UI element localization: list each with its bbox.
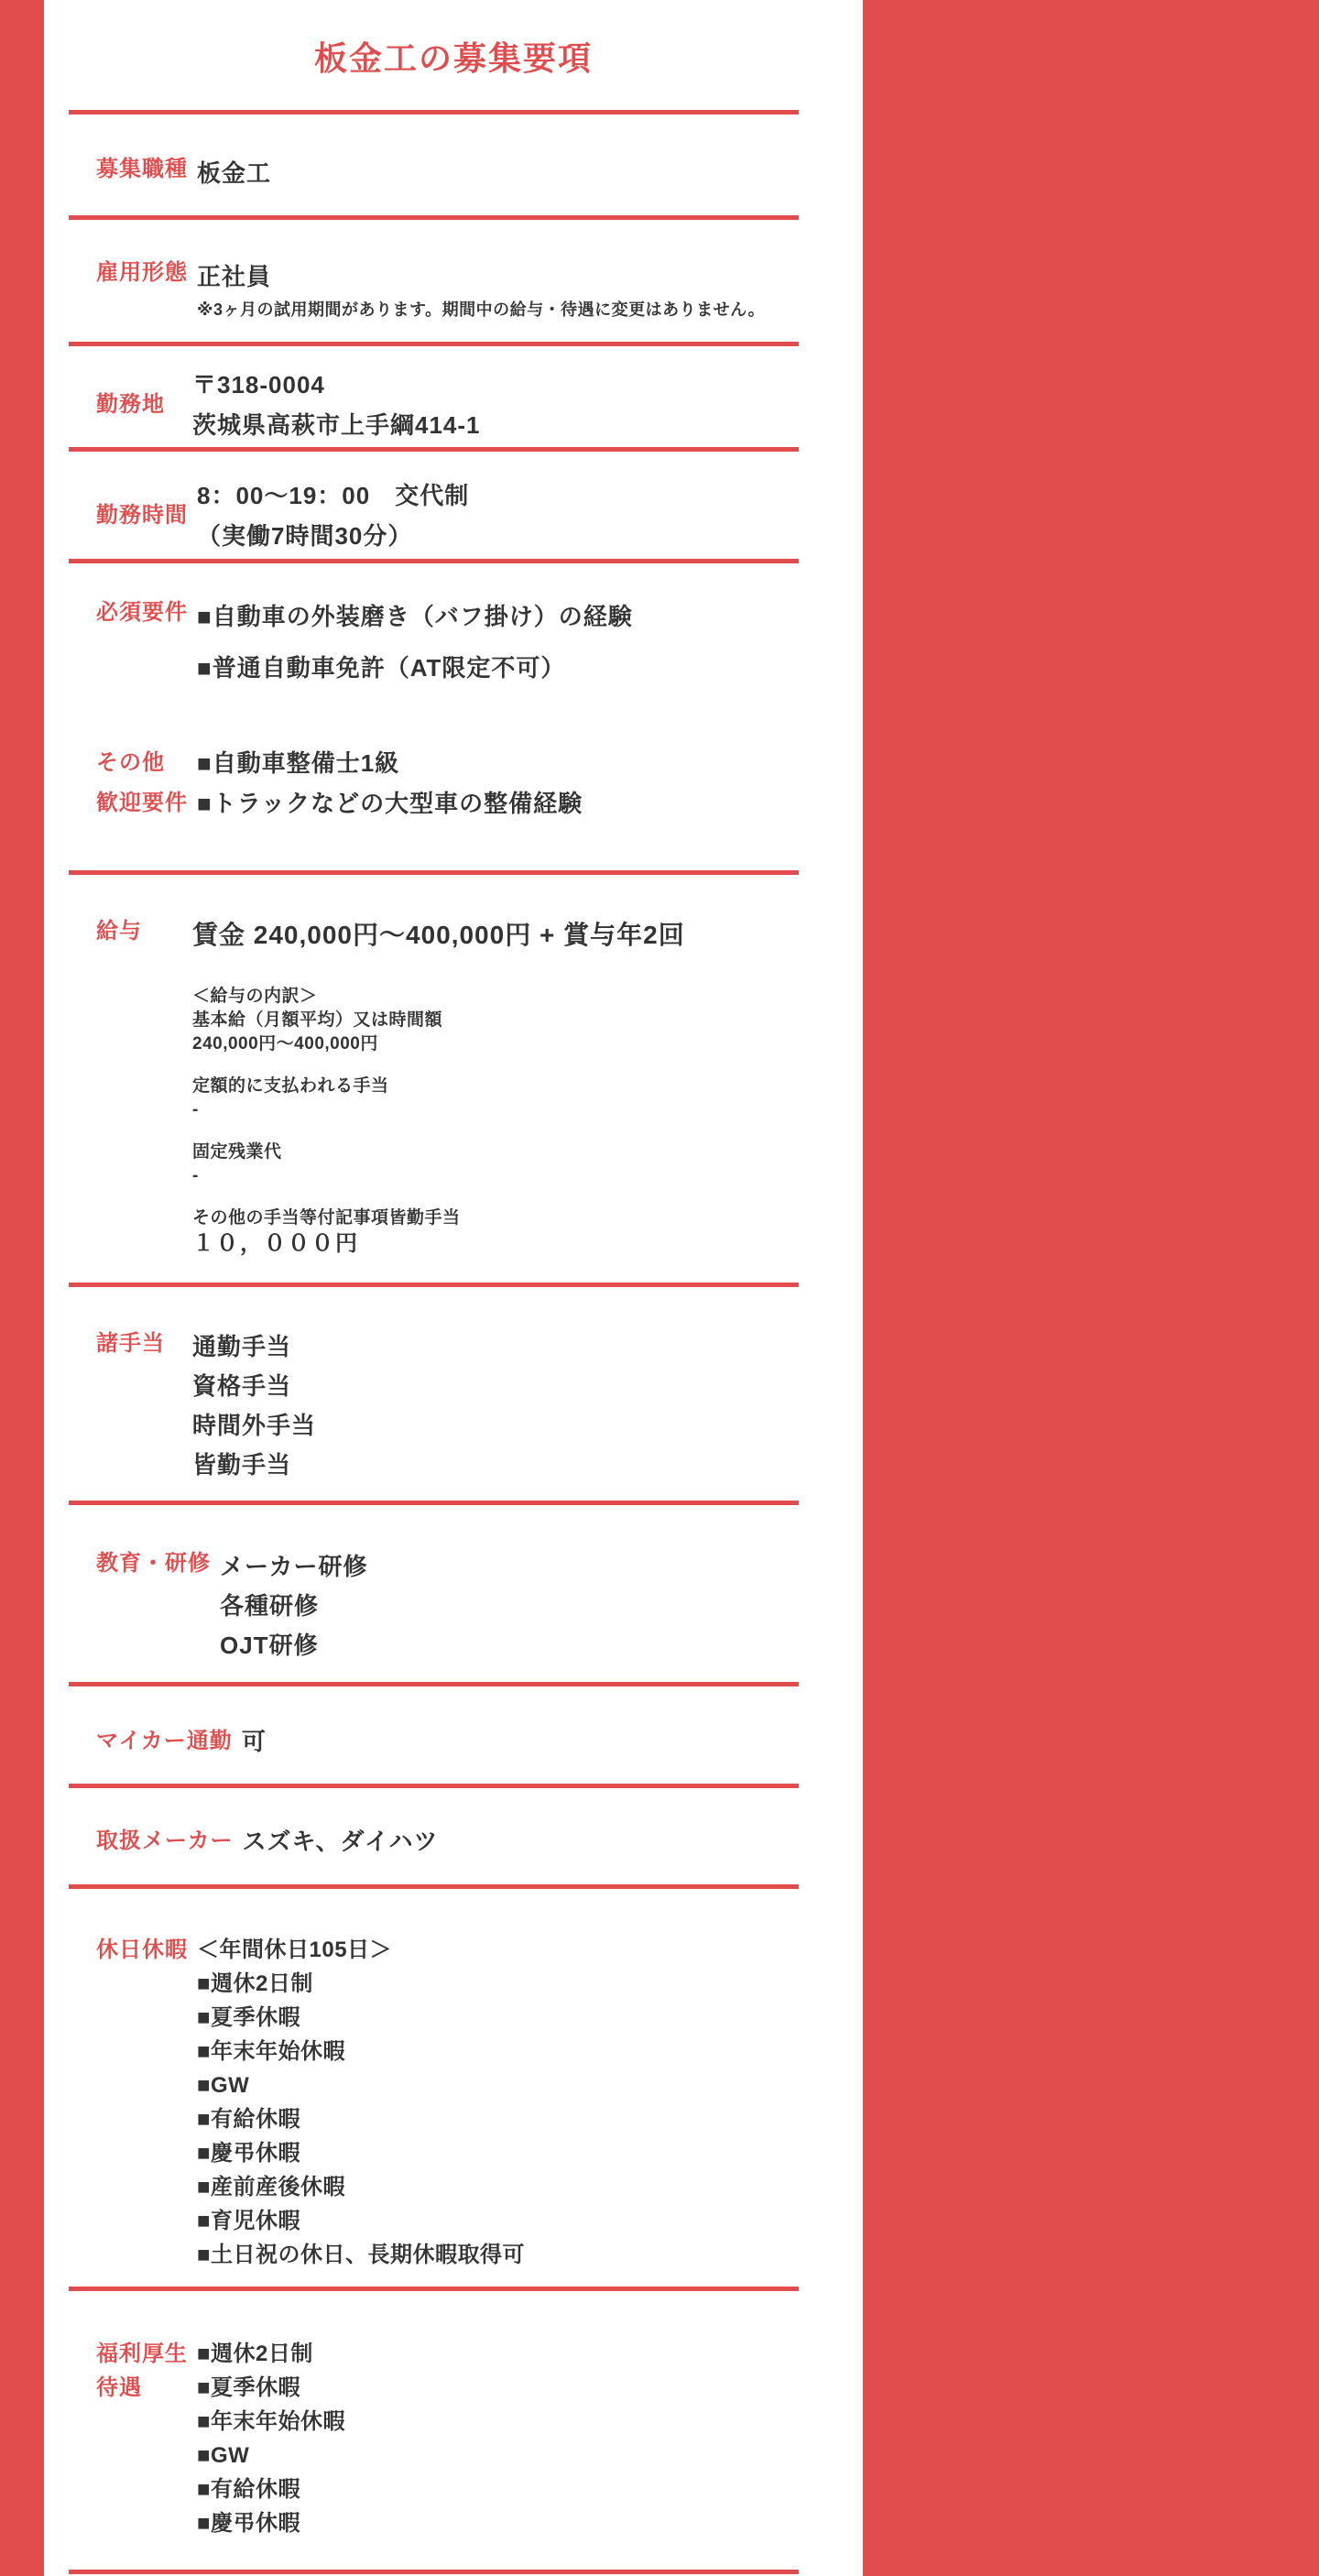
requirement-item: ■自動車整備士1級 — [197, 743, 863, 783]
content-card: 板金工の募集要項 募集職種 板金工 雇用形態 正社員 ※3ヶ月の試用期間がありま… — [44, 0, 863, 2574]
row-required-conditions: 必須要件 ■自動車の外装磨き（バフ掛け）の経験 ■普通自動車免許（AT限定不可） — [44, 596, 863, 699]
value-line: 可 — [242, 1725, 863, 1758]
value-line: ■週休2日制 — [197, 1967, 863, 2001]
row-value: 賃金 240,000円～400,000円 + 賞与年2回 ＜給与の内訳＞ 基本給… — [192, 915, 863, 1258]
row-value: 板金工 — [197, 153, 863, 193]
requirement-item: ■自動車の外装磨き（バフ掛け）の経験 — [197, 596, 863, 637]
row-value: メーカー研修 各種研修 OJT研修 — [220, 1547, 863, 1665]
value-line: 通勤手当 — [192, 1327, 863, 1367]
row-label-text: 諸手当 — [96, 1327, 183, 1360]
row-label: 勤務時間 — [96, 475, 197, 556]
row-label: マイカー通勤 — [96, 1725, 242, 1758]
salary-detail-line: その他の手当等付記事項皆勤手当 — [192, 1206, 863, 1230]
value-line: ■GW — [197, 2439, 863, 2472]
salary-detail-line: - — [192, 1098, 863, 1122]
row-label: 募集職種 — [96, 153, 197, 186]
row-holidays: 休日休暇 ＜年間休日105日＞ ■週休2日制 ■夏季休暇 ■年末年始休暇 ■GW… — [44, 1889, 863, 2287]
row-label-text: マイカー通勤 — [96, 1725, 233, 1758]
row-welcome-conditions: その他 歓迎要件 ■自動車整備士1級 ■トラックなどの大型車の整備経験 — [44, 743, 863, 824]
row-label: 教育・研修 — [96, 1547, 220, 1580]
row-label: 取扱メーカー — [96, 1825, 243, 1858]
salary-detail-group: その他の手当等付記事項皆勤手当 １０，０００円 — [192, 1206, 863, 1258]
value-line: ■GW — [197, 2068, 863, 2102]
right-accent-bar — [863, 0, 1319, 2576]
value-line: 資格手当 — [192, 1367, 863, 1406]
row-label-text: 勤務時間 — [96, 475, 188, 556]
value-line: メーカー研修 — [220, 1547, 863, 1587]
value-line: ■有給休暇 — [197, 2472, 863, 2506]
value-line: スズキ、ダイハツ — [243, 1825, 863, 1858]
row-work-location: 勤務地 〒318-0004 茨城県高萩市上手綱414-1 — [44, 346, 863, 447]
row-label-text: 雇用形態 — [96, 257, 188, 289]
value-line: 8：00～19：00 交代制 — [197, 475, 863, 516]
row-value: 〒318-0004 茨城県高萩市上手綱414-1 — [192, 365, 863, 445]
value-line: ■慶弔休暇 — [197, 2136, 863, 2170]
row-label: 雇用形態 — [96, 257, 197, 289]
row-label-text: 取扱メーカー — [96, 1825, 234, 1858]
row-value: 可 — [242, 1725, 863, 1758]
row-label: 福利厚生 待遇 — [96, 2337, 197, 2405]
value-line: 板金工 — [197, 153, 863, 193]
row-value: ■自動車整備士1級 ■トラックなどの大型車の整備経験 — [197, 743, 863, 824]
row-benefits: 福利厚生 待遇 ■週休2日制 ■夏季休暇 ■年末年始休暇 ■GW ■有給休暇 ■… — [44, 2291, 863, 2570]
value-line: （実働7時間30分） — [197, 516, 863, 556]
value-line: ■土日祝の休日、長期休暇取得可 — [197, 2238, 863, 2272]
row-employment-type: 雇用形態 正社員 ※3ヶ月の試用期間があります。期間中の給与・待遇に変更はありま… — [44, 220, 863, 342]
row-label: 休日休暇 — [96, 1933, 197, 1967]
salary-detail-group: 定額的に支払われる手当 - — [192, 1075, 863, 1122]
value-line: ■慶弔休暇 — [197, 2506, 863, 2540]
value-line: 正社員 — [197, 257, 863, 297]
row-label-text: その他 — [96, 743, 188, 783]
value-line: OJT研修 — [220, 1626, 863, 1665]
row-label-text: 勤務地 — [96, 365, 183, 445]
value-line: ■年末年始休暇 — [197, 2035, 863, 2068]
value-line: ■年末年始休暇 — [197, 2405, 863, 2439]
row-allowances: 諸手当 通勤手当 資格手当 時間外手当 皆勤手当 — [44, 1287, 863, 1501]
row-label-text: 休日休暇 — [96, 1933, 188, 1967]
row-requirements-group: 必須要件 ■自動車の外装磨き（バフ掛け）の経験 ■普通自動車免許（AT限定不可）… — [44, 563, 863, 870]
page-title: 板金工の募集要項 — [44, 0, 863, 110]
value-line: ■有給休暇 — [197, 2102, 863, 2136]
row-car-commute: マイカー通勤 可 — [44, 1686, 863, 1784]
salary-detail-line: 240,000円～400,000円 — [192, 1032, 863, 1056]
row-label: 給与 — [96, 915, 192, 948]
row-value: 正社員 ※3ヶ月の試用期間があります。期間中の給与・待遇に変更はありません。 — [197, 257, 863, 322]
requirement-item: ■普通自動車免許（AT限定不可） — [197, 648, 863, 688]
row-label-text: 歓迎要件 — [96, 783, 188, 824]
row-value: ■週休2日制 ■夏季休暇 ■年末年始休暇 ■GW ■有給休暇 ■慶弔休暇 — [197, 2337, 863, 2540]
row-label: その他 歓迎要件 — [96, 743, 197, 824]
row-education-training: 教育・研修 メーカー研修 各種研修 OJT研修 — [44, 1505, 863, 1682]
row-label-text: 給与 — [96, 915, 183, 948]
value-line: 皆勤手当 — [192, 1446, 863, 1485]
row-label-text: 教育・研修 — [96, 1547, 211, 1580]
requirement-item: ■トラックなどの大型車の整備経験 — [197, 783, 863, 824]
row-work-hours: 勤務時間 8：00～19：00 交代制 （実働7時間30分） — [44, 452, 863, 559]
row-label-text: 福利厚生 — [96, 2337, 188, 2371]
section-divider — [69, 2570, 799, 2574]
value-line: ■育児休暇 — [197, 2204, 863, 2238]
row-label: 勤務地 — [96, 365, 192, 445]
row-job-type: 募集職種 板金工 — [44, 115, 863, 215]
salary-detail-line: - — [192, 1164, 863, 1188]
row-value: ■自動車の外装磨き（バフ掛け）の経験 ■普通自動車免許（AT限定不可） — [197, 596, 863, 699]
salary-detail-line: 基本給（月額平均）又は時間額 — [192, 1009, 863, 1032]
salary-attendance-amount: １０，０００円 — [192, 1230, 863, 1258]
value-line: ■夏季休暇 — [197, 2001, 863, 2035]
salary-main-line: 賃金 240,000円～400,000円 + 賞与年2回 — [192, 915, 863, 955]
row-label-text: 待遇 — [96, 2371, 188, 2405]
value-line: 〒318-0004 — [192, 365, 863, 405]
row-value: 通勤手当 資格手当 時間外手当 皆勤手当 — [192, 1327, 863, 1485]
salary-detail-group: ＜給与の内訳＞ 基本給（月額平均）又は時間額 240,000円～400,000円 — [192, 985, 863, 1056]
value-line: ＜年間休日105日＞ — [197, 1933, 863, 1967]
left-accent-bar — [0, 0, 44, 2576]
value-line: ■夏季休暇 — [197, 2371, 863, 2405]
value-line: 時間外手当 — [192, 1406, 863, 1446]
row-makers: 取扱メーカー スズキ、ダイハツ — [44, 1788, 863, 1884]
value-line: ■週休2日制 — [197, 2337, 863, 2371]
probation-note: ※3ヶ月の試用期間があります。期間中の給与・待遇に変更はありません。 — [197, 299, 863, 322]
row-value: ＜年間休日105日＞ ■週休2日制 ■夏季休暇 ■年末年始休暇 ■GW ■有給休… — [197, 1933, 863, 2272]
row-label: 必須要件 — [96, 596, 197, 629]
value-line: ■産前産後休暇 — [197, 2170, 863, 2204]
row-value: 8：00～19：00 交代制 （実働7時間30分） — [197, 475, 863, 556]
row-label: 諸手当 — [96, 1327, 192, 1360]
salary-detail-line: 固定残業代 — [192, 1141, 863, 1164]
row-value: スズキ、ダイハツ — [243, 1825, 863, 1858]
job-posting-page: 板金工の募集要項 募集職種 板金工 雇用形態 正社員 ※3ヶ月の試用期間がありま… — [0, 0, 1319, 2576]
row-label-text: 募集職種 — [96, 153, 188, 186]
row-label-text: 必須要件 — [96, 596, 188, 629]
row-salary: 給与 賃金 240,000円～400,000円 + 賞与年2回 ＜給与の内訳＞ … — [44, 875, 863, 1283]
salary-detail-line: ＜給与の内訳＞ — [192, 985, 863, 1009]
salary-detail-group: 固定残業代 - — [192, 1141, 863, 1188]
value-line: 各種研修 — [220, 1587, 863, 1626]
value-line: 茨城県高萩市上手綱414-1 — [192, 405, 863, 445]
salary-detail-line: 定額的に支払われる手当 — [192, 1075, 863, 1098]
